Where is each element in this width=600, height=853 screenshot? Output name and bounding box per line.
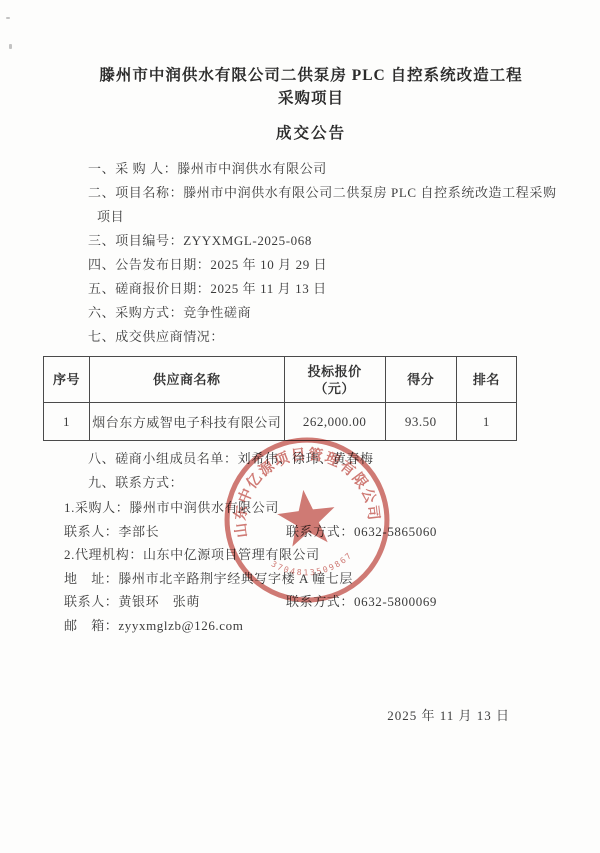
email-line: 邮 箱：zyyxmglzb@126.com <box>64 614 558 638</box>
page-subtitle: 成交公告 <box>64 121 558 143</box>
buyer-contact-line: 联系人：李部长 联系方式：0632-5865060 <box>64 520 558 544</box>
document-content: 滕州市中润供水有限公司二供泵房 PLC 自控系统改造工程采购项目 成交公告 一、… <box>0 0 600 724</box>
announcement-date: 2025 年 11 月 13 日 <box>64 705 558 724</box>
email-address: 邮 箱：zyyxmglzb@126.com <box>64 614 243 638</box>
buyer-name: 1.采购人：滕州市中润供水有限公司 <box>64 496 279 520</box>
header-supplier-name: 供应商名称 <box>90 357 284 403</box>
item-winning-supplier-heading: 七、成交供应商情况： <box>64 325 558 349</box>
buyer-contact-person: 联系人：李部长 <box>64 520 286 544</box>
agency-address-line: 地 址：滕州市北辛路荆宇经典写字楼 A 幢七层 <box>64 567 558 591</box>
header-rank: 排名 <box>456 357 516 403</box>
table-row: 1 烟台东方威智电子科技有限公司 262,000.00 93.50 1 <box>44 403 517 441</box>
agency-contact-line: 联系人：黄银环 张萌 联系方式：0632-5800069 <box>64 590 558 614</box>
header-score: 得分 <box>385 357 456 403</box>
scanned-document-page: 滕州市中润供水有限公司二供泵房 PLC 自控系统改造工程采购项目 成交公告 一、… <box>0 0 600 853</box>
scan-artifact <box>9 44 12 49</box>
item-quote-date: 五、磋商报价日期：2025 年 11 月 13 日 <box>64 277 558 301</box>
agency-phone: 联系方式：0632-5800069 <box>286 590 437 614</box>
page-title: 滕州市中润供水有限公司二供泵房 PLC 自控系统改造工程采购项目 <box>64 64 558 110</box>
table-header-row: 序号 供应商名称 投标报价 （元） 得分 排名 <box>44 357 517 403</box>
item-procurement-method: 六、采购方式：竞争性磋商 <box>64 301 558 325</box>
item-project-number: 三、项目编号：ZYYXMGL-2025-068 <box>64 229 558 253</box>
buyer-phone: 联系方式：0632-5865060 <box>286 520 437 544</box>
cell-bid-price: 262,000.00 <box>284 403 385 441</box>
item-panel-members: 八、磋商小组成员名单：刘希伟、徐玮、黄春梅 <box>64 447 558 471</box>
header-bid-price: 投标报价 （元） <box>284 357 385 403</box>
cell-score: 93.50 <box>385 403 456 441</box>
item-buyer: 一、采 购 人：滕州市中润供水有限公司 <box>64 157 558 181</box>
scan-artifact <box>6 17 10 19</box>
header-bid-price-line2: （元） <box>314 381 355 396</box>
agency-name-line: 2.代理机构：山东中亿源项目管理有限公司 <box>64 543 558 567</box>
cell-serial-number: 1 <box>44 403 90 441</box>
contact-section: 1.采购人：滕州市中润供水有限公司 联系人：李部长 联系方式：0632-5865… <box>64 496 558 637</box>
cell-rank: 1 <box>456 403 516 441</box>
item-contact-heading: 九、联系方式： <box>64 471 558 495</box>
header-bid-price-line1: 投标报价 <box>308 364 362 379</box>
header-serial-number: 序号 <box>44 357 90 403</box>
item-project-name: 二、项目名称：滕州市中润供水有限公司二供泵房 PLC 自控系统改造工程采购项目 <box>64 181 558 229</box>
agency-address: 地 址：滕州市北辛路荆宇经典写字楼 A 幢七层 <box>64 567 353 591</box>
agency-name: 2.代理机构：山东中亿源项目管理有限公司 <box>64 543 320 567</box>
item-publish-date: 四、公告发布日期：2025 年 10 月 29 日 <box>64 253 558 277</box>
announcement-items: 一、采 购 人：滕州市中润供水有限公司 二、项目名称：滕州市中润供水有限公司二供… <box>64 157 558 349</box>
agency-contact-person: 联系人：黄银环 张萌 <box>64 590 286 614</box>
buyer-name-line: 1.采购人：滕州市中润供水有限公司 <box>64 496 558 520</box>
cell-supplier-name: 烟台东方威智电子科技有限公司 <box>90 403 284 441</box>
winning-supplier-table: 序号 供应商名称 投标报价 （元） 得分 排名 1 烟台东方威智电子科技有限公司… <box>43 356 517 441</box>
